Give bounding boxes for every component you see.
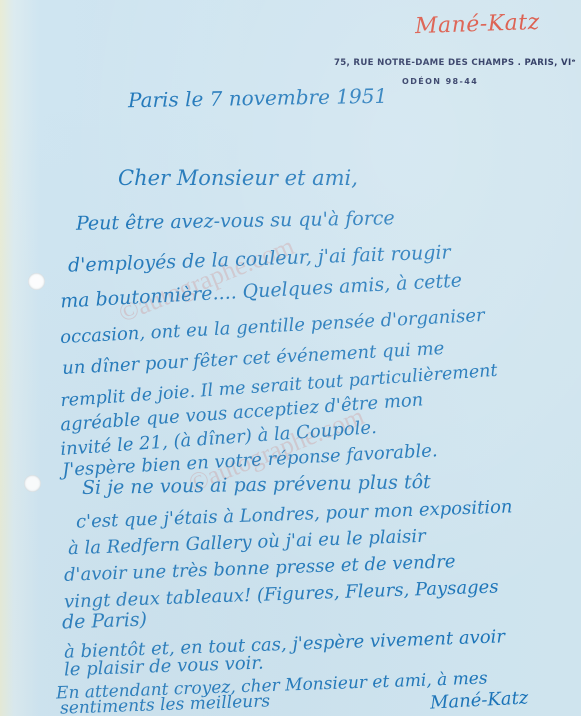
letter-line: c'est que j'étais à Londres, pour mon ex… bbox=[76, 498, 513, 531]
letter-line: ma boutonnière.... Quelques amis, à cett… bbox=[60, 271, 463, 311]
letterhead-signature: Mané-Katz bbox=[415, 10, 541, 39]
closing-signature: Mané-Katz bbox=[430, 689, 529, 712]
letterhead-phone: ODÉON 98-44 bbox=[402, 77, 478, 86]
letter-line: Si je ne vous ai pas prévenu plus tôt bbox=[82, 473, 431, 498]
punch-hole-top bbox=[28, 273, 45, 290]
letter-line: sentiments les meilleurs bbox=[60, 693, 271, 716]
salutation: Cher Monsieur et ami, bbox=[118, 168, 358, 189]
letter-line: de Paris) bbox=[62, 611, 148, 633]
date-line: Paris le 7 novembre 1951 bbox=[128, 86, 388, 111]
letter-sheet: Mané-Katz 75, RUE NOTRE-DAME DES CHAMPS … bbox=[0, 0, 581, 716]
letter-line: le plaisir de vous voir. bbox=[64, 655, 264, 680]
letterhead-address: 75, RUE NOTRE-DAME DES CHAMPS . PARIS, V… bbox=[334, 58, 576, 68]
punch-hole-bottom bbox=[24, 475, 41, 492]
letter-line: Peut être avez-vous su qu'à force bbox=[76, 209, 395, 234]
